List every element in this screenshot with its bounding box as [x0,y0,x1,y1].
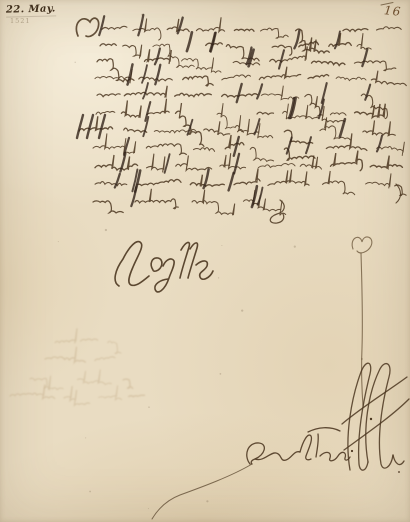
handwriting-stroke [371,71,406,86]
handwriting-stroke [55,328,77,343]
handwriting-stroke [217,103,244,132]
handwriting-stroke [78,370,112,385]
handwriting-stroke [175,93,212,96]
handwriting-stroke [331,151,363,171]
handwriting-stroke [365,85,370,100]
handwriting-stroke [147,154,165,172]
ink-speck [75,62,76,63]
handwriting-stroke [99,385,122,399]
handwriting-stroke [294,31,299,49]
ink-speck [105,229,107,231]
handwriting-stroke [102,26,127,29]
heart-loop [352,237,372,253]
handwriting-stroke [192,190,235,215]
handwriting-stroke [272,45,292,55]
handwriting-stroke [308,75,329,79]
handwriting-stroke [95,155,138,170]
handwriting-stroke [261,28,289,38]
handwriting-stroke [234,168,260,184]
handwriting-stroke [182,58,222,73]
handwriting-stroke [243,190,285,215]
handwriting-stroke [370,156,402,169]
countersignature-final-curls [320,452,350,460]
handwriting-stroke [312,61,345,65]
ink-speck [148,406,150,408]
handwriting-stroke [229,173,234,191]
handwriting-stroke [123,379,132,388]
handwriting-stroke [187,32,192,51]
handwriting-stroke [323,171,355,195]
handwriting-stroke [355,104,386,118]
paraph-bottom-hook [393,455,404,465]
paraph-ink-dot-3 [398,471,400,473]
handwriting-stroke [306,137,311,153]
handwritten-text-block [79,17,406,215]
sweep-stroke [152,464,252,519]
handwriting-stroke [237,84,242,102]
signature-letter-o [151,258,162,271]
countersignature-opening-curl [247,443,265,464]
handwriting-stroke [99,16,104,35]
initial-capital-flourish [76,18,98,36]
signature-letter-L [115,242,149,286]
handwriting-stroke [377,136,382,152]
handwriting-stroke [225,135,244,149]
handwriting-stroke [326,133,367,150]
handwriting-stroke [222,75,251,80]
manuscript-ink-svg [0,0,410,522]
ink-speck [294,246,296,248]
handwriting-stroke [284,130,312,144]
handwriting-stroke [100,44,116,46]
handwriting-stroke [377,27,402,30]
handwriting-stroke [123,45,142,58]
handwriting-stroke [80,339,97,341]
paraph-ink-dot-1 [370,418,372,420]
handwriting-stroke [258,163,295,167]
signature-letter-y [155,259,174,292]
handwriting-stroke [79,116,113,131]
loyse-signature [115,242,213,292]
handwriting-stroke [234,154,239,174]
ink-specks [58,14,363,510]
handwriting-stroke [87,115,93,138]
ink-speck [241,309,243,311]
handwriting-stroke [196,17,224,31]
handwriting-stroke [296,29,330,53]
paraph-cross-stroke-2 [344,399,409,450]
ink-speck [85,437,86,438]
handwriting-stroke [330,113,346,115]
handwriting-stroke [305,94,345,122]
countersignature-t-stem [316,434,318,457]
handwriting-stroke [64,386,90,405]
countersignature-baseline-wave [255,452,300,461]
folio-dash-mark [381,3,393,6]
handwriting-stroke [340,119,345,137]
handwriting-stroke [183,76,214,86]
notarial-paraph [342,363,409,473]
handwriting-stroke [257,112,273,114]
handwriting-stroke [133,19,161,41]
paraph-long-stem [361,253,363,406]
handwriting-stroke [95,182,127,186]
handwriting-stroke [234,137,239,156]
countersignature-ascender-loop [300,435,311,460]
handwriting-stroke [176,156,212,171]
line-end-tail-flourish [396,184,401,203]
handwriting-stroke [143,83,148,99]
showthrough-ghost-text [10,328,145,405]
ink-speck [144,76,145,77]
handwriting-stroke [354,61,395,71]
ink-speck [219,373,221,375]
ink-speck [58,241,59,242]
handwriting-stroke [357,33,371,49]
handwriting-stroke [77,115,83,138]
manuscript-page: 22. May. 1521 16 [0,0,410,522]
signature-letter-e [196,261,213,279]
handwriting-stroke [279,50,284,68]
handwriting-stroke [93,201,123,213]
handwriting-stroke [250,147,273,161]
handwriting-stroke [138,15,143,35]
handwriting-stroke [121,101,141,118]
handwriting-stroke [362,49,367,66]
signature-long-s-1 [180,242,189,278]
handwriting-stroke [176,103,204,146]
handwriting-stroke [95,357,115,361]
handwriting-stroke [336,77,366,81]
handwriting-stroke [45,347,85,363]
paraph-cross-stroke-1 [342,377,407,424]
handwriting-stroke [343,29,368,32]
handwriting-stroke [155,49,160,65]
pen-sweep-flourish [152,464,252,519]
handwriting-stroke [146,144,186,155]
handwriting-stroke [363,121,395,136]
handwriting-stroke [97,94,120,97]
ink-speck [206,500,208,502]
handwriting-stroke [129,395,145,397]
handwriting-stroke [270,47,308,63]
ink-speck [141,14,143,16]
ink-speck [361,358,363,360]
handwriting-stroke [136,179,181,185]
handwriting-stroke [99,115,105,138]
handwriting-heavy-strokes [77,15,382,207]
closing-paragraph-flourish [270,200,284,223]
handwriting-stroke [268,170,309,186]
handwriting-stroke [283,104,319,119]
handwriting-stroke [108,341,121,353]
handwriting-stroke [135,189,178,209]
handwriting-stroke [194,148,215,152]
ink-speck [89,491,91,493]
countersignature-t-crossbar [308,428,340,432]
ink-speck [148,508,149,509]
handwriting-stroke [142,65,147,83]
handwriting-stroke [366,173,391,188]
handwriting-stroke [258,188,263,205]
secretary-countersignature [247,428,350,464]
paraph-ink-dot-2 [351,450,353,452]
ink-speck [218,277,219,278]
handwriting-stroke [234,29,254,31]
handwriting-stroke [30,376,63,390]
handwriting-stroke [257,84,262,98]
handwriting-stroke [124,128,147,132]
ink-speck [221,245,222,246]
